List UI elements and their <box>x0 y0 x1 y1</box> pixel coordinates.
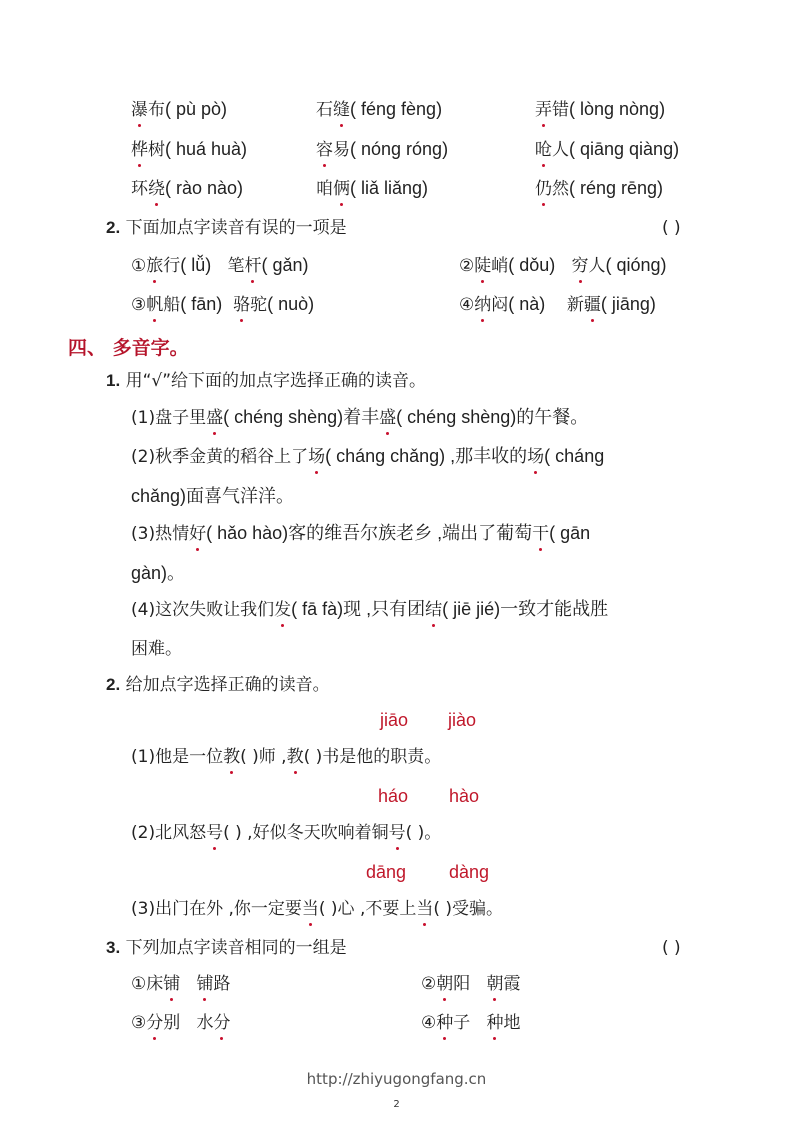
question-text: 下面加点字读音有误的一项是 <box>126 218 347 238</box>
word-item: 咱俩( liǎ liǎng) <box>316 176 428 201</box>
option-3[interactable]: ③分别 水分 <box>131 1011 230 1035</box>
word-item: 容易( nóng róng) <box>316 137 448 162</box>
answer-blank[interactable]: ( )受骗。 <box>433 899 503 919</box>
question-number: 2. <box>106 675 120 694</box>
pinyin-option: jiāo <box>380 710 408 731</box>
answer-blank[interactable]: ( )。 <box>406 823 442 843</box>
answer-blank[interactable]: ( )师 , <box>240 747 286 767</box>
sentence-3: (3)热情好( hǎo hào)客的维吾尔族老乡 ,端出了葡萄干( gān <box>131 521 590 546</box>
option-3[interactable]: ③帆船( fān) 骆驼( nuò) <box>131 292 314 317</box>
question-4-2: 2. 给加点字选择正确的读音。 <box>106 673 330 697</box>
word-item: 环绕( rào nào) <box>131 176 243 201</box>
word-item: 瀑布( pù pò) <box>131 97 227 122</box>
answer-blank[interactable]: ( )心 ,不要上 <box>319 899 416 919</box>
pinyin-option: dàng <box>449 862 489 883</box>
question-4-1: 1. 用“√”给下面的加点字选择正确的读音。 <box>106 369 426 393</box>
option-4[interactable]: ④种子 种地 <box>421 1011 520 1035</box>
question-text: 下列加点字读音相同的一组是 <box>126 938 347 958</box>
footer-url[interactable]: http://zhiyugongfang.cn <box>0 1070 793 1088</box>
sentence-4-cont: 困难。 <box>131 637 182 661</box>
question-number: 1. <box>106 371 120 390</box>
answer-paren[interactable]: ( ) <box>662 216 681 240</box>
fill-sentence-2: (2)北风怒号( ) ,好似冬天吹响着铜号( )。 <box>131 821 441 845</box>
sentence-2: (2)秋季金黄的稻谷上了场( cháng chǎng) ,那丰收的场( chán… <box>131 444 604 469</box>
fill-sentence-1: (1)他是一位教( )师 ,教( )书是他的职责。 <box>131 745 441 769</box>
word-item: 石缝( féng fèng) <box>316 97 442 122</box>
fill-sentence-3: (3)出门在外 ,你一定要当( )心 ,不要上当( )受骗。 <box>131 897 503 921</box>
option-1[interactable]: ①床铺 铺路 <box>131 972 230 996</box>
question-4-3: 3. 下列加点字读音相同的一组是 ( ) <box>106 936 736 960</box>
pinyin-option: dāng <box>366 862 406 883</box>
answer-blank[interactable]: ( )书是他的职责。 <box>304 747 442 767</box>
option-4[interactable]: ④纳闷( nà) 新疆( jiāng) <box>459 292 656 317</box>
word-item: 桦树( huá huà) <box>131 137 247 162</box>
question-number: 2. <box>106 218 120 237</box>
pinyin-option: jiào <box>448 710 476 731</box>
question-number: 3. <box>106 938 120 957</box>
question-text: 用“√”给下面的加点字选择正确的读音。 <box>126 371 426 391</box>
section-title: 四、 多音字。 <box>68 333 189 360</box>
sentence-1: (1)盘子里盛( chéng shèng)着丰盛( chéng shèng)的午… <box>131 405 588 430</box>
sentence-3-cont: gàn)。 <box>131 561 185 585</box>
page-number: 2 <box>0 1099 793 1110</box>
question-3-2: 2. 下面加点字读音有误的一项是 ( ) <box>106 216 736 240</box>
pinyin-option: hào <box>449 786 479 807</box>
word-item: 仍然( réng rēng) <box>535 176 663 201</box>
sentence-4: (4)这次失败让我们发( fā fà)现 ,只有团结( jiē jié)一致才能… <box>131 597 608 622</box>
option-2[interactable]: ②朝阳 朝霞 <box>421 972 520 996</box>
option-1[interactable]: ①旅行( lǚ) 笔杆( gǎn) <box>131 253 309 278</box>
word-item: 弄错( lòng nòng) <box>535 97 665 122</box>
answer-paren[interactable]: ( ) <box>662 936 681 960</box>
answer-blank[interactable]: ( ) ,好似冬天吹响着铜 <box>223 823 388 843</box>
word-item: 呛人( qiāng qiàng) <box>535 137 679 162</box>
sentence-2-cont: chǎng)面喜气洋洋。 <box>131 484 294 508</box>
pinyin-option: háo <box>378 786 408 807</box>
option-2[interactable]: ②陡峭( dǒu) 穷人( qióng) <box>459 253 667 278</box>
question-text: 给加点字选择正确的读音。 <box>126 675 330 695</box>
